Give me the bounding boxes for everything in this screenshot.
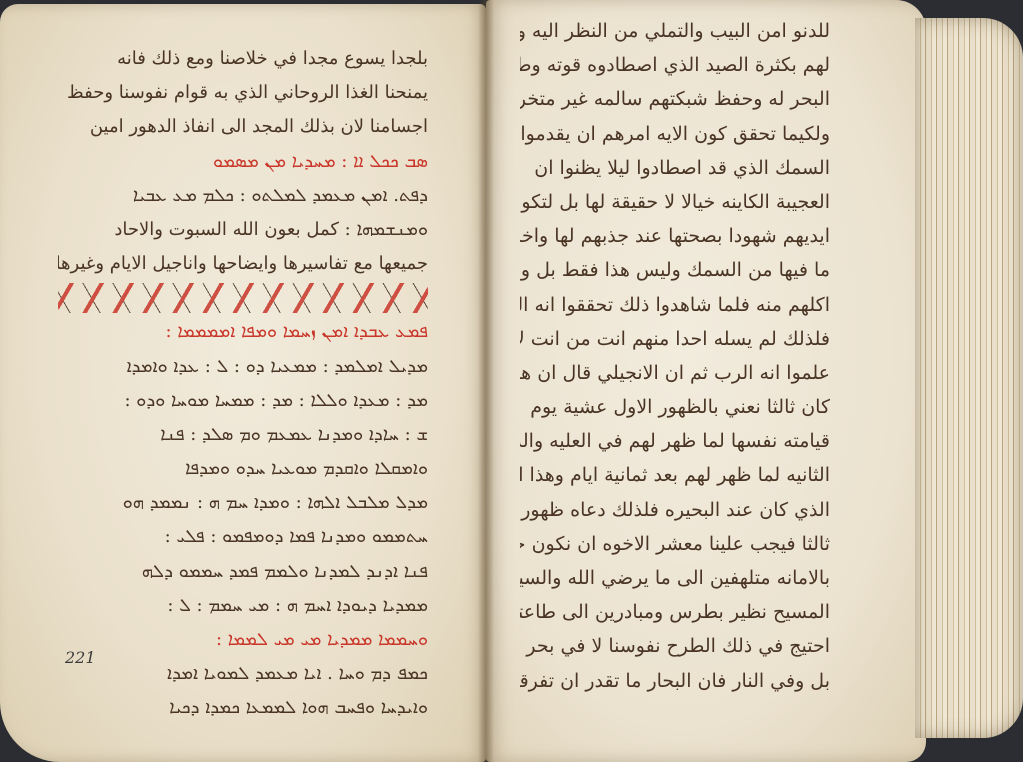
- text-line: كان ثالثا نعني بالظهور الاول عشية يوم: [520, 390, 830, 424]
- page-block-edges: [915, 18, 1023, 738]
- text-line: ما فيها من السمك وليس هذا فقط بل ومن: [520, 253, 830, 287]
- text-line: ܡܕܝܠ ܐܡܠܡܕ : ܡܡܥܝܐ ܕܘ : ܠ : ܥܕܐ ܘܐܡܕܐ: [58, 350, 428, 384]
- text-line: ܦܢܐ ܐܕܢܕ ܠܡܕܢܐ ܘܠܡܡ ܦܡܕ ܚܡܡܘ ܕܠܗ: [58, 555, 428, 589]
- text-line: بلجدا يسوع مجدا في خلاصنا ومع ذلك فانه: [58, 42, 428, 76]
- text-line: بل وفي النار فان البحار ما تقدر ان تفرقن…: [520, 664, 830, 698]
- left-page-text: بلجدا يسوع مجدا في خلاصنا ومع ذلك فانه ي…: [58, 42, 428, 726]
- text-line: العجيبة الكاينه خيالا لا حقيقة لها بل لت…: [520, 185, 830, 219]
- text-line: ܡܕܠ ܡܠܒܠ ܐܠܗܐ : ܘܡܕܐ ܚܡ ܗ : ܢܡܡܕ ܗܘ: [58, 486, 428, 520]
- text-line: ܘܐܡܩܠܐ ܘܐܩܕܡ ܡܘܥܝܐ ܚܕܘ ܘܡܕܦܐ: [58, 452, 428, 486]
- text-line: جميعها مع تفاسيرها وايضاحها واناجيل الاي…: [58, 247, 428, 281]
- text-line: ܘܡܢܫܡܗܐ : كمل بعون الله السبوت والاحاد: [58, 213, 428, 247]
- braided-ornament-band: [58, 283, 428, 313]
- text-line: اكلهم منه فلما شاهدوا ذلك تحققوا انه الر…: [520, 288, 830, 322]
- text-line: اجسامنا لان بذلك المجد الى انفاذ الدهور …: [58, 110, 428, 144]
- text-line: ولكيما تحقق كون الايه امرهم ان يقدموا من: [520, 117, 830, 151]
- text-line: ܟܡܦ ܕܡ ܘܚܐ . ܐܝܐ ܡܥܡܕ ܠܡܘܝܐ ܐܡܕܐ: [58, 657, 428, 691]
- folio-number: 221: [65, 648, 96, 667]
- text-line: الذي كان عند البحيره فلذلك دعاه ظهورا: [520, 493, 830, 527]
- text-line: بالامانه متلهفين الى ما يرضي الله والسيد: [520, 561, 830, 595]
- rubric-line: ܘܚܡܡܐ ܡܡܕܝܐ ܡܝ ܡܝ ܠܡܡܐ :: [58, 623, 428, 657]
- text-line: ܕܦܬ. ܐܡܢ ܡܥܡܕ ܠܡܠܬܘ : ܟܠܡ ܡܥ ܥܒܝܐ: [58, 179, 428, 213]
- right-page-text: للدنو امن البيب والتملي من النظر اليه وا…: [520, 14, 830, 698]
- text-line: للدنو امن البيب والتملي من النظر اليه وا…: [520, 14, 830, 48]
- text-line: البحر له وحفظ شبكتهم سالمه غير متخرقه: [520, 82, 830, 116]
- text-line: قيامته نفسها لما ظهر لهم في العليه والدف…: [520, 424, 830, 458]
- text-line: ايديهم شهودا بصحتها عند جذبهم لها واخراج: [520, 219, 830, 253]
- text-line: ܘܐܝܕܚܐ ܘܦܚܒ ܗܘܐ ܠܡܡܥܐ ܟܡܕܐ ܕܟܝܐ: [58, 691, 428, 725]
- text-line: ܡܕ : ܡܥܕܐ ܘܠܠܐ : ܡܕ : ܡܡܚܐ ܡܘܚܐ ܘܕܘ :: [58, 384, 428, 418]
- text-line: يمنحنا الغذا الروحاني الذي به قوام نفوسن…: [58, 76, 428, 110]
- rubric-line: ܦܡܥ ܥܒܕܐ ܐܡܢ ܙܚܡܐ ܘܡܦܐ ܐܡܡܡܡܐ :: [58, 315, 428, 349]
- text-line: السمك الذي قد اصطادوا ليلا يظنوا ان: [520, 151, 830, 185]
- text-line: لهم بكثرة الصيد الذي اصطادوه قوته وطاعة: [520, 48, 830, 82]
- text-line: ثالثا فيجب علينا معشر الاخوه ان نكون حار…: [520, 527, 830, 561]
- book-gutter: [478, 0, 494, 762]
- text-line: ܚܬܡܡܘ ܘܡܕܢܐ ܦܡܐ ܕܘܡܦܡܘ : ܦܠܝ :: [58, 520, 428, 554]
- text-line: الثانيه لما ظهر لهم بعد ثمانية ايام وهذا…: [520, 458, 830, 492]
- text-line: ܫ : ܚܐܕܐ ܘܡܕܢܐ ܥܡܥܡ ܘܡ ܣܠܕ : ܦܢܐ: [58, 418, 428, 452]
- text-line: فلذلك لم يسله احدا منهم انت من انت لانهم: [520, 322, 830, 356]
- text-line: ܡܡܕܝܐ ܕܝܘܕܐ ܐܚܡ ܗ : ܡܝ ܚܡܡ : ܠ :: [58, 589, 428, 623]
- text-line: احتيج في ذلك الطرح نفوسنا لا في بحر فقط: [520, 629, 830, 663]
- text-line: المسيح نظير بطرس ومبادرين الى طاعته وان: [520, 595, 830, 629]
- text-line: علموا انه الرب ثم ان الانجيلي قال ان هذا…: [520, 356, 830, 390]
- rubric-line: ܣܒ ܟܟܠ ܐܐ : ܡܚܕܝܐ ܡܢ ܡܣܡܘ: [58, 145, 428, 179]
